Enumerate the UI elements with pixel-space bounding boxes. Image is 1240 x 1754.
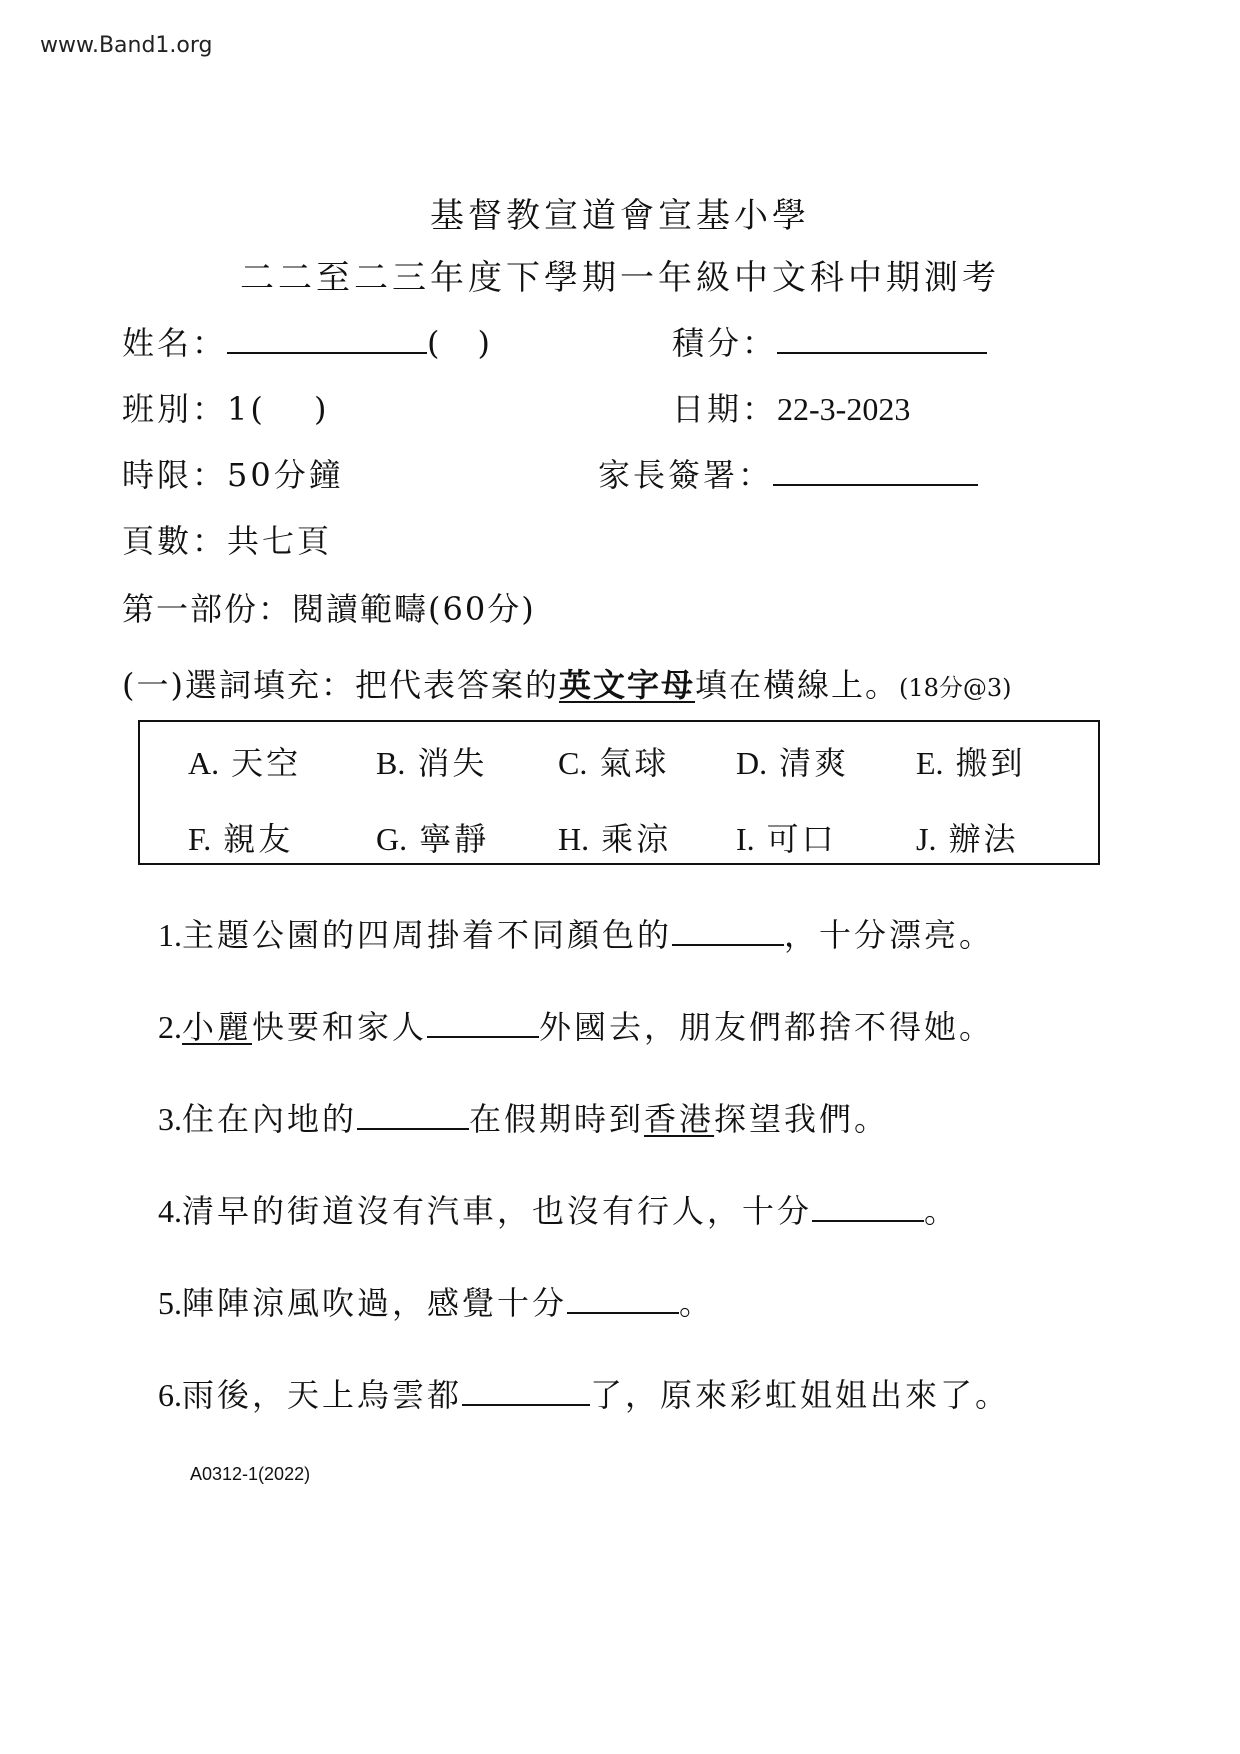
- name-field: 姓名：( ): [122, 318, 493, 364]
- score-label: 積分：: [672, 324, 777, 362]
- proper-noun: 小麗: [182, 1008, 252, 1046]
- answer-blank-1[interactable]: [672, 943, 784, 946]
- exam-title: 二二至二三年度下學期一年級中文科中期測考: [0, 250, 1240, 299]
- option-a: A.天空: [188, 738, 301, 784]
- option-d: D.清爽: [736, 738, 849, 784]
- class-value: 1( ): [227, 390, 330, 428]
- answer-blank-5[interactable]: [567, 1311, 679, 1314]
- watermark: www.Band1.org: [40, 33, 213, 58]
- parent-sign-label: 家長簽署：: [598, 456, 773, 494]
- school-name: 基督教宣道會宣基小學: [0, 188, 1240, 237]
- name-blank[interactable]: [227, 351, 427, 354]
- class-number-paren: ( ): [427, 324, 493, 362]
- date-value: 22-3-2023: [777, 391, 910, 427]
- option-c: C.氣球: [558, 738, 669, 784]
- time-value: 50分鐘: [227, 456, 344, 494]
- class-label: 班別：: [122, 390, 227, 428]
- section1-marks: (18分@3): [899, 674, 1012, 702]
- question-6: 6.雨後，天上烏雲都了，原來彩虹姐姐出來了。: [158, 1370, 1010, 1416]
- instruction-suffix: 填在橫線上。: [695, 666, 899, 704]
- question-3: 3.住在內地的在假期時到香港探望我們。: [158, 1094, 889, 1140]
- option-h: H.乘涼: [558, 814, 671, 860]
- answer-blank-6[interactable]: [462, 1403, 590, 1406]
- option-j: J.辦法: [916, 814, 1018, 860]
- date-label: 日期：: [672, 390, 777, 428]
- parent-sign-blank[interactable]: [773, 483, 978, 486]
- pages-value: 共七頁: [227, 522, 332, 560]
- answer-blank-2[interactable]: [427, 1035, 539, 1038]
- pages-field: 頁數：共七頁: [122, 516, 332, 562]
- instruction-emphasis: 英文字母: [559, 666, 695, 704]
- part1-heading: 第一部份：閱讀範疇(60分): [122, 584, 536, 630]
- score-blank[interactable]: [777, 351, 987, 354]
- option-g: G.寧靜: [376, 814, 489, 860]
- pages-label: 頁數：: [122, 522, 227, 560]
- date-field: 日期：22-3-2023: [672, 384, 910, 430]
- time-field: 時限：50分鐘: [122, 450, 344, 496]
- answer-blank-4[interactable]: [812, 1219, 924, 1222]
- parent-sign-field: 家長簽署：: [598, 450, 978, 496]
- name-label: 姓名：: [122, 324, 227, 362]
- score-field: 積分：: [672, 318, 987, 364]
- question-1: 1.主題公園的四周掛着不同顏色的，十分漂亮。: [158, 910, 994, 956]
- word-bank-box: A.天空 B.消失 C.氣球 D.清爽 E.搬到 F.親友 G.寧靜 H.乘涼 …: [138, 720, 1100, 865]
- answer-blank-3[interactable]: [357, 1127, 469, 1130]
- question-5: 5.陣陣涼風吹過，感覺十分。: [158, 1278, 714, 1324]
- question-4: 4.清早的街道沒有汽車，也沒有行人，十分。: [158, 1186, 959, 1232]
- document-code: A0312-1(2022): [190, 1464, 310, 1485]
- time-label: 時限：: [122, 456, 227, 494]
- section1-instruction: (一)選詞填充：把代表答案的英文字母填在橫線上。(18分@3): [122, 660, 1012, 706]
- option-e: E.搬到: [916, 738, 1026, 784]
- question-2: 2.小麗快要和家人外國去，朋友們都捨不得她。: [158, 1002, 994, 1048]
- option-f: F.親友: [188, 814, 293, 860]
- class-field: 班別：1( ): [122, 384, 330, 430]
- option-i: I.可口: [736, 814, 837, 860]
- proper-noun: 香港: [644, 1100, 714, 1138]
- option-b: B.消失: [376, 738, 487, 784]
- instruction-prefix: (一)選詞填充：把代表答案的: [122, 666, 559, 704]
